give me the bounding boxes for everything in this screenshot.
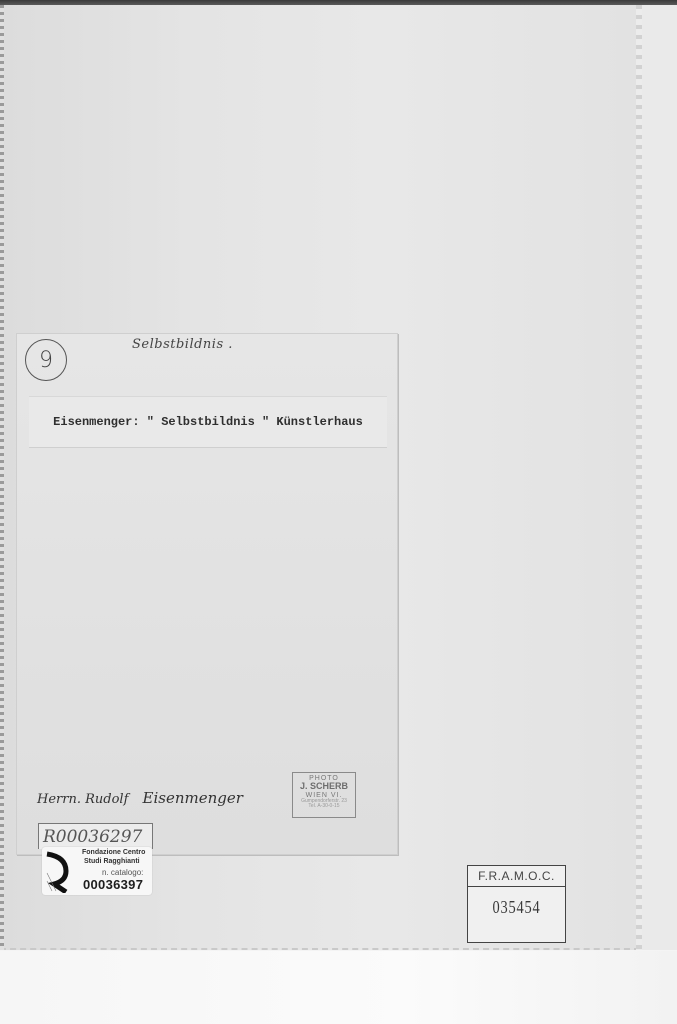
framoc-header: F.R.A.M.O.C. (468, 866, 565, 887)
catalog-sticker: Fondazione Centro Studi Ragghianti n. ca… (42, 847, 152, 895)
stamp-line-2: J. SCHERB (293, 782, 355, 791)
scan-right-margin (642, 5, 677, 950)
photo-card-verso: 9 Selbstbildnis . Eisenmenger: " Selbstb… (16, 333, 398, 855)
typed-caption-text: Eisenmenger: " Selbstbildnis " Künstlerh… (53, 415, 363, 429)
ragghianti-r-logo-icon (44, 851, 70, 893)
dedication-prefix: Herrn. Rudolf (37, 792, 128, 807)
catalog-org-line-1: Fondazione Centro (82, 849, 145, 856)
scan-bottom-margin (0, 951, 677, 1024)
photographer-stamp: PHOTO J. SCHERB WIEN VI. Gumpendorferstr… (292, 772, 356, 818)
circled-number: 9 (25, 339, 67, 381)
framoc-number: 035454 (478, 897, 556, 918)
framoc-stamp: F.R.A.M.O.C. 035454 (467, 865, 566, 943)
handwritten-title: Selbstbildnis . (132, 337, 233, 352)
catalog-number: 00036397 (83, 877, 143, 892)
catalog-caption: n. catalogo: (102, 868, 143, 877)
sleeve-left-perforation (0, 5, 4, 950)
dedication-name: Eisenmenger (143, 789, 243, 807)
typed-caption-label: Eisenmenger: " Selbstbildnis " Künstlerh… (29, 396, 387, 448)
catalog-org-line-2: Studi Ragghianti (84, 858, 140, 865)
handwritten-inventory-number: R00036297 (38, 823, 153, 849)
handwritten-dedication: Herrn. Rudolf Eisenmenger (37, 789, 243, 807)
stamp-line-5: Tel. A-30-0-15 (293, 804, 355, 809)
